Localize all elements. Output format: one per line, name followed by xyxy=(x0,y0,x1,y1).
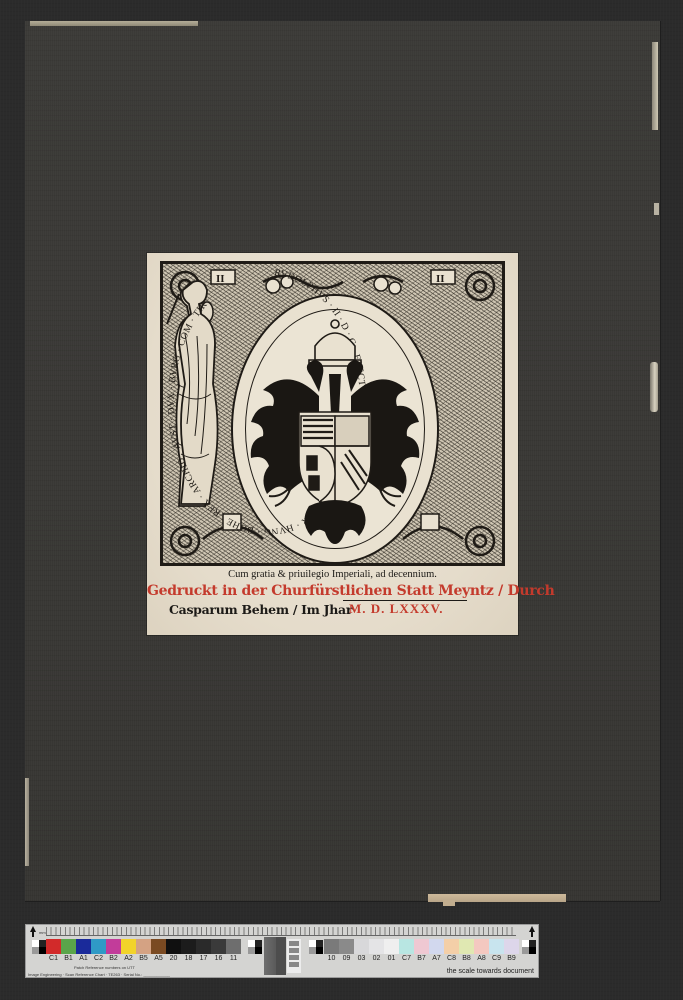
patch-labels-left: C1B1A1C2B2A2B5A52018171611 xyxy=(46,955,241,965)
color-patch-02 xyxy=(369,939,384,954)
patch-label: C2 xyxy=(91,955,106,965)
tape-strip-top xyxy=(30,21,198,26)
imprint-date: M. D. LXXXV. xyxy=(343,600,467,617)
patch-label: 10 xyxy=(324,955,339,965)
imprint-line-red: Gedruckt in der Churfürstlichen Statt Me… xyxy=(147,583,518,599)
patch-label: A5 xyxy=(151,955,166,965)
ruler-baseline xyxy=(46,935,516,936)
card-footer-left: Image Engineering · Scan Reference Chart… xyxy=(28,972,170,977)
bw-registration-mark-icon xyxy=(32,940,46,954)
patch-label: C1 xyxy=(46,955,61,965)
color-patch-a2 xyxy=(121,939,136,954)
patch-label: 18 xyxy=(181,955,196,965)
patch-label: 03 xyxy=(354,955,369,965)
patch-label: 20 xyxy=(166,955,181,965)
color-patch-b5 xyxy=(136,939,151,954)
allegorical-figure-right xyxy=(163,264,221,524)
color-patch-c8 xyxy=(444,939,459,954)
color-patch-01 xyxy=(384,939,399,954)
resolution-target-icon xyxy=(287,939,301,973)
privilege-caption: Cum gratia & priuilegio Imperiali, ad de… xyxy=(147,569,518,580)
color-patch-a8 xyxy=(474,939,489,954)
patch-label: B9 xyxy=(504,955,519,965)
patch-label: C8 xyxy=(444,955,459,965)
color-patch-20 xyxy=(166,939,181,954)
patch-label: A7 xyxy=(429,955,444,965)
imperial-eagle-coat-of-arms-icon xyxy=(249,316,421,546)
gray-reference-bar-dark xyxy=(276,937,286,975)
woodcut-print: II II xyxy=(147,253,518,635)
patch-label: A8 xyxy=(474,955,489,965)
color-patch-c7 xyxy=(399,939,414,954)
color-patch-11 xyxy=(226,939,241,954)
patch-label: C7 xyxy=(399,955,414,965)
patch-label: 01 xyxy=(384,955,399,965)
tape-strip-right xyxy=(652,42,658,130)
patch-label: 02 xyxy=(369,955,384,965)
color-patch-03 xyxy=(354,939,369,954)
ornamental-frame: II II xyxy=(160,261,505,566)
bw-registration-mark-icon xyxy=(522,940,536,954)
patch-label: B7 xyxy=(414,955,429,965)
tape-fragment-right-lower xyxy=(650,362,658,412)
svg-text:II: II xyxy=(436,273,445,285)
color-patch-c1 xyxy=(46,939,61,954)
up-arrow-stem-right xyxy=(531,931,533,937)
patch-label: 17 xyxy=(196,955,211,965)
bw-registration-mark-icon xyxy=(309,940,323,954)
color-patch-16 xyxy=(211,939,226,954)
bw-registration-mark-icon xyxy=(248,940,262,954)
patch-label: B1 xyxy=(61,955,76,965)
color-patch-a7 xyxy=(429,939,444,954)
tape-tab-bottom xyxy=(443,900,455,906)
color-patch-b2 xyxy=(106,939,121,954)
color-patch-09 xyxy=(339,939,354,954)
color-patch-c2 xyxy=(91,939,106,954)
color-patch-b1 xyxy=(61,939,76,954)
patch-label: A1 xyxy=(76,955,91,965)
patch-labels-right: 1009030201C7B7A7C8B8A8C9B9 xyxy=(324,955,519,965)
color-calibration-card: mm C1B1A1C2B2A2B5A52018171611 1009030201… xyxy=(25,924,539,978)
tape-strip-left xyxy=(25,778,29,866)
tape-fragment-right xyxy=(654,203,659,215)
patch-label: 16 xyxy=(211,955,226,965)
color-patch-b8 xyxy=(459,939,474,954)
color-patch-a5 xyxy=(151,939,166,954)
color-patch-b7 xyxy=(414,939,429,954)
patch-label: 09 xyxy=(339,955,354,965)
printer-name-line: Casparum Behem / Im Jhar xyxy=(169,602,352,617)
patch-label: A2 xyxy=(121,955,136,965)
up-arrow-stem xyxy=(32,931,34,937)
color-patches-right xyxy=(324,939,519,954)
color-patch-b9 xyxy=(504,939,519,954)
gray-reference-bar xyxy=(264,937,276,975)
color-patch-10 xyxy=(324,939,339,954)
color-patch-a1 xyxy=(76,939,91,954)
color-patch-c9 xyxy=(489,939,504,954)
patch-label: B2 xyxy=(106,955,121,965)
patch-note: Patch Reference numbers on UTT xyxy=(74,965,135,970)
patch-label: C9 xyxy=(489,955,504,965)
color-patches-left xyxy=(46,939,241,954)
color-patch-17 xyxy=(196,939,211,954)
color-patch-18 xyxy=(181,939,196,954)
scale-note: the scale towards document xyxy=(447,968,534,975)
ruler-unit-label: mm xyxy=(39,930,46,935)
patch-label: B5 xyxy=(136,955,151,965)
patch-label: B8 xyxy=(459,955,474,965)
patch-label: 11 xyxy=(226,955,241,965)
